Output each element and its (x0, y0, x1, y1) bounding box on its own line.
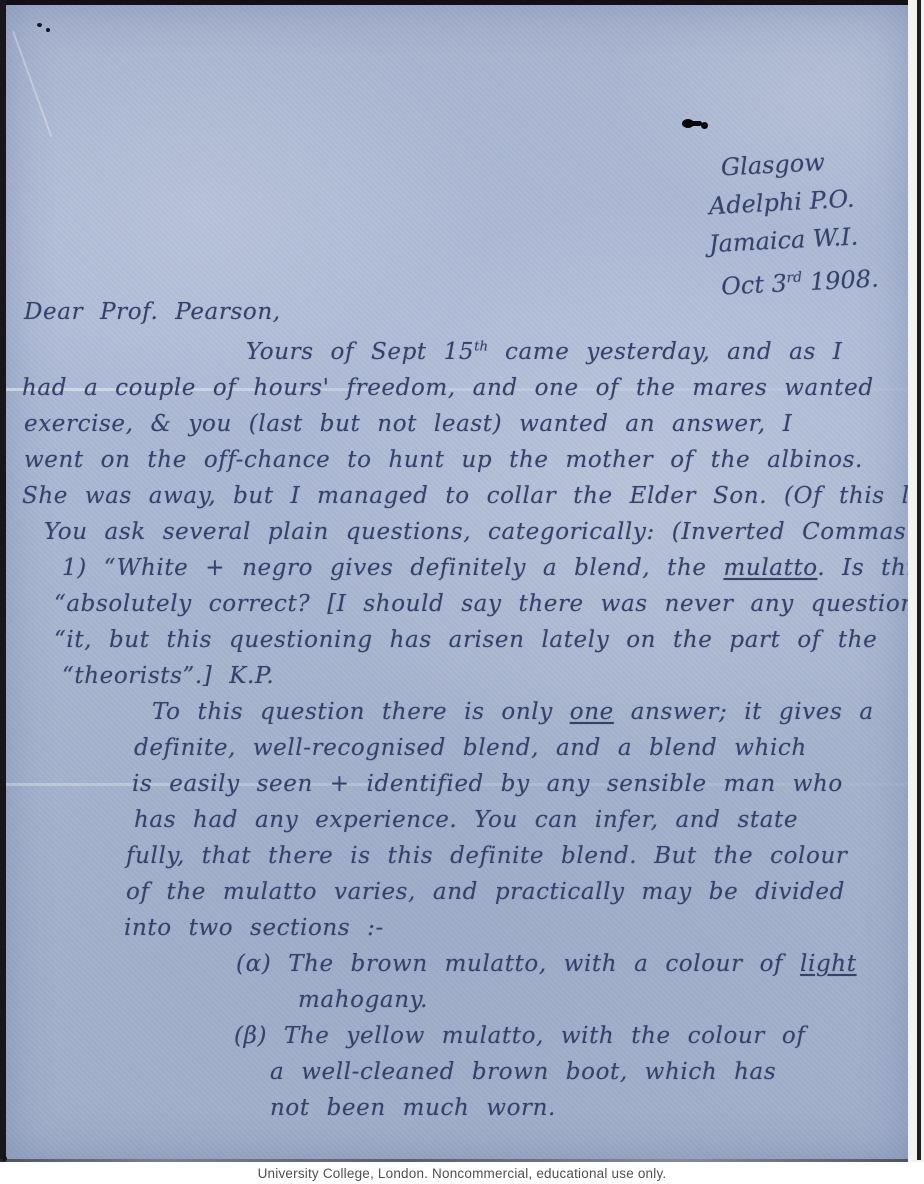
letter-line-text: (α) The brown mulatto, with a colour of (236, 951, 800, 977)
letter-line: To this question there is only one answe… (152, 699, 906, 735)
underlined-word: light (800, 951, 857, 977)
ink-speck (46, 28, 50, 32)
letter-line: is easily seen + identified by any sensi… (132, 771, 906, 807)
letter-paper: Glasgow Adelphi P.O. Jamaica W.I. Oct 3r… (6, 5, 908, 1162)
letter-line-text: (β) The yellow mulatto, with the colour … (234, 1023, 805, 1049)
ink-speck (2, 1156, 7, 1161)
letter-line: “absolutely correct? [I should say there… (54, 591, 906, 627)
letter-line: exercise, & you (last but not least) wan… (24, 411, 906, 447)
letter-line-text: went on the off-chance to hunt up the mo… (24, 447, 863, 473)
letter-line: of the mulatto varies, and practically m… (126, 879, 906, 915)
letter-line-text: “theorists”.] K.P. (62, 663, 274, 689)
date-text: Oct 3 (720, 269, 787, 300)
letter-line-text: answer; it gives a (614, 699, 874, 725)
letter-line: went on the off-chance to hunt up the mo… (24, 447, 906, 483)
letter-line: has had any experience. You can infer, a… (134, 807, 906, 843)
address-block: Glasgow Adelphi P.O. Jamaica W.I. Oct 3r… (700, 141, 880, 307)
letter-line-text: not been much worn. (270, 1095, 556, 1121)
date-ordinal: rd (786, 269, 802, 286)
letter-line: had a couple of hours' freedom, and one … (22, 375, 906, 411)
ordinal-superscript: th (474, 339, 488, 354)
letter-line: 1) “White + negro gives definitely a ble… (62, 555, 906, 591)
date-line: Oct 3rd 1908. (720, 254, 880, 305)
letter-body: Dear Prof. Pearson, Yours of Sept 15th c… (14, 299, 906, 1131)
letter-line-text: definite, well-recognised blend, and a b… (134, 735, 807, 761)
letter-line: Yours of Sept 15th came yesterday, and a… (246, 339, 906, 375)
scan-edge-right (917, 0, 921, 1160)
paper-corner-crease (12, 31, 52, 137)
letter-line-text: Yours of Sept 15 (246, 339, 474, 365)
ink-blot (682, 118, 708, 130)
letter-line-text: She was away, but I managed to collar th… (22, 483, 924, 509)
letter-line: into two sections :- (124, 915, 906, 951)
letter-line: (α) The brown mulatto, with a colour of … (236, 951, 906, 987)
letter-line-text: mahogany. (298, 987, 428, 1013)
letter-line-text: You ask several plain questions, categor… (44, 519, 924, 545)
salutation: Dear Prof. Pearson, (24, 299, 906, 339)
letter-line: not been much worn. (270, 1095, 906, 1131)
letter-line: You ask several plain questions, categor… (44, 519, 906, 555)
letter-line-text: exercise, & you (last but not least) wan… (24, 411, 792, 437)
letter-line: She was away, but I managed to collar th… (22, 483, 906, 519)
letter-line-text: is easily seen + identified by any sensi… (132, 771, 843, 797)
letter-line-text: “absolutely correct? [I should say there… (54, 591, 924, 617)
letter-line-text: fully, that there is this definite blend… (126, 843, 847, 869)
underlined-word: one (570, 699, 614, 725)
letter-line-text: To this question there is only (152, 699, 570, 725)
letter-line: fully, that there is this definite blend… (126, 843, 906, 879)
scan-edge-top (0, 0, 908, 5)
ink-blot-dot (701, 122, 708, 129)
letter-line: “it, but this questioning has arisen lat… (54, 627, 906, 663)
letter-line: a well-cleaned brown boot, which has (270, 1059, 906, 1095)
letter-line-text: “it, but this questioning has arisen lat… (54, 627, 877, 653)
letter-line: (β) The yellow mulatto, with the colour … (234, 1023, 906, 1059)
letter-line-text: into two sections :- (124, 915, 384, 941)
attribution-caption: University College, London. Noncommercia… (258, 1166, 667, 1181)
scan-margin-right (908, 0, 924, 1162)
date-text: 1908. (802, 264, 880, 296)
letter-line: “theorists”.] K.P. (62, 663, 906, 699)
letter-line-text: a well-cleaned brown boot, which has (270, 1059, 776, 1085)
letter-line: definite, well-recognised blend, and a b… (134, 735, 906, 771)
letter-line: mahogany. (298, 987, 906, 1023)
letter-line-text: has had any experience. You can infer, a… (134, 807, 798, 833)
letter-line-text: had a couple of hours' freedom, and one … (22, 375, 874, 401)
letter-line-text: came yesterday, and as I (488, 339, 842, 365)
ink-speck (37, 23, 42, 27)
underlined-word: mulatto (724, 555, 818, 581)
scan-edge-left (0, 0, 6, 1162)
attribution-caption-bar: University College, London. Noncommercia… (0, 1162, 924, 1184)
letter-line-text: of the mulatto varies, and practically m… (126, 879, 845, 905)
letter-line-text: 1) “White + negro gives definitely a ble… (62, 555, 724, 581)
